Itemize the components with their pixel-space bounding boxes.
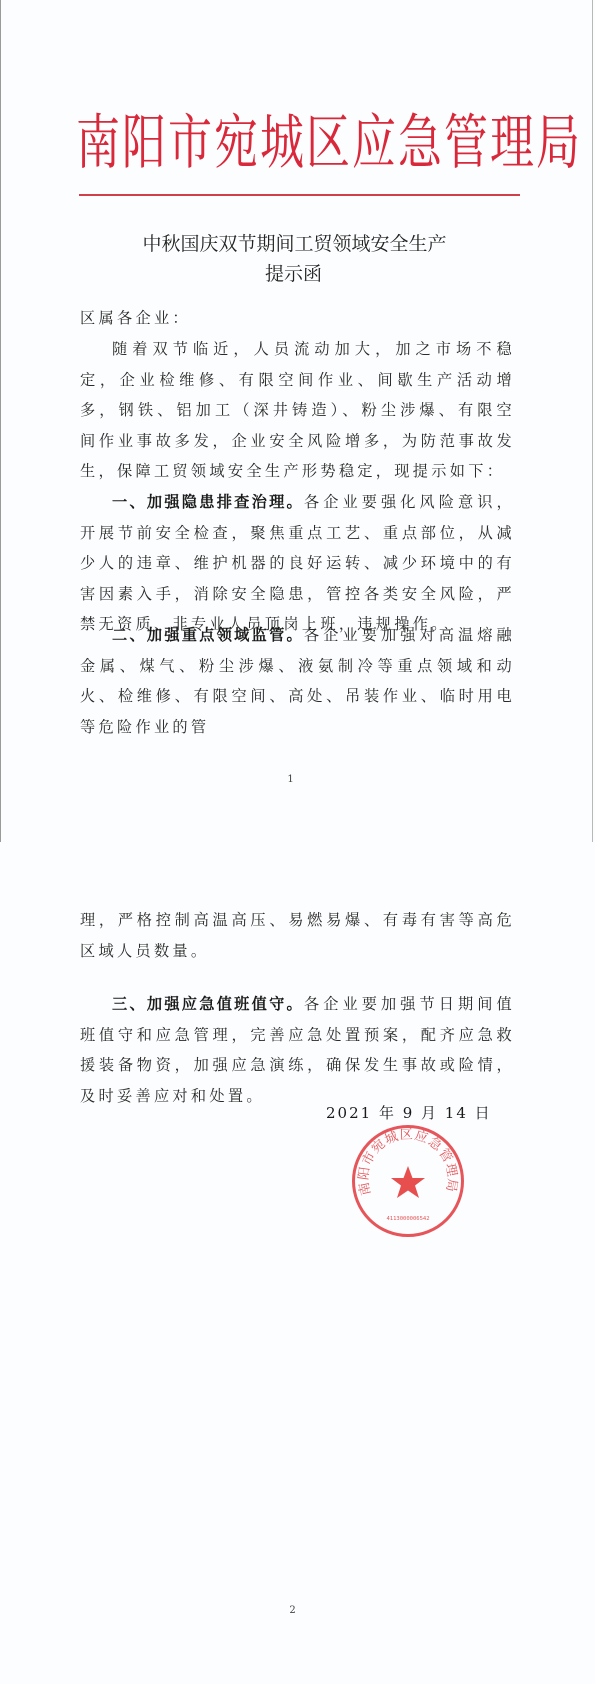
intro-paragraph: 随着双节临近，人员流动加大，加之市场不稳定，企业检维修、有限空间作业、间歇生产活…	[80, 334, 515, 487]
document-title-line-1: 中秋国庆双节期间工贸领域安全生产	[0, 229, 592, 256]
section-2-continued: 理，严格控制高温高压、易燃易爆、有毒有害等高危区域人员数量。	[80, 905, 515, 966]
document-page-1: 南阳市宛城区应急管理局 中秋国庆双节期间工贸领域安全生产 提示函 区属各企业： …	[0, 0, 595, 842]
signature-date: 2021 年 9 月 14 日	[326, 1102, 492, 1123]
salutation: 区属各企业：	[80, 303, 515, 334]
section-3-paragraph: 三、加强应急值班值守。各企业要加强节日期间值班值守和应急管理，完善应急处置预案，…	[80, 989, 515, 1111]
section-2-heading: 二、加强重点领域监管。	[112, 626, 304, 644]
section-1-body: 各企业要强化风险意识，开展节前安全检查，聚焦重点工艺、重点部位，从减少人的违章、…	[80, 493, 515, 633]
page-number-1: 1	[0, 774, 588, 785]
document-title-line-2: 提示函	[0, 259, 591, 286]
official-seal-stamp: 南阳市宛城区应急管理局 4113000006542	[352, 1125, 464, 1237]
section-1-paragraph: 一、加强隐患排查治理。各企业要强化风险意识，开展节前安全检查，聚焦重点工艺、重点…	[80, 487, 515, 640]
masthead-agency-name: 南阳市宛城区应急管理局	[76, 94, 524, 194]
page-number-2: 2	[0, 1605, 590, 1616]
section-1-heading: 一、加强隐患排查治理。	[112, 493, 304, 511]
svg-text:4113000006542: 4113000006542	[386, 1216, 429, 1222]
document-page-2: 理，严格控制高温高压、易燃易爆、有毒有害等高危区域人员数量。 三、加强应急值班值…	[0, 842, 595, 1684]
section-2-paragraph: 二、加强重点领域监管。各企业要加强对高温熔融金属、煤气、粉尘涉爆、液氨制冷等重点…	[80, 620, 515, 742]
seal-star-icon: 南阳市宛城区应急管理局 4113000006542	[355, 1128, 461, 1234]
masthead-red-rule	[79, 194, 520, 196]
section-3-heading: 三、加强应急值班值守。	[112, 995, 304, 1013]
